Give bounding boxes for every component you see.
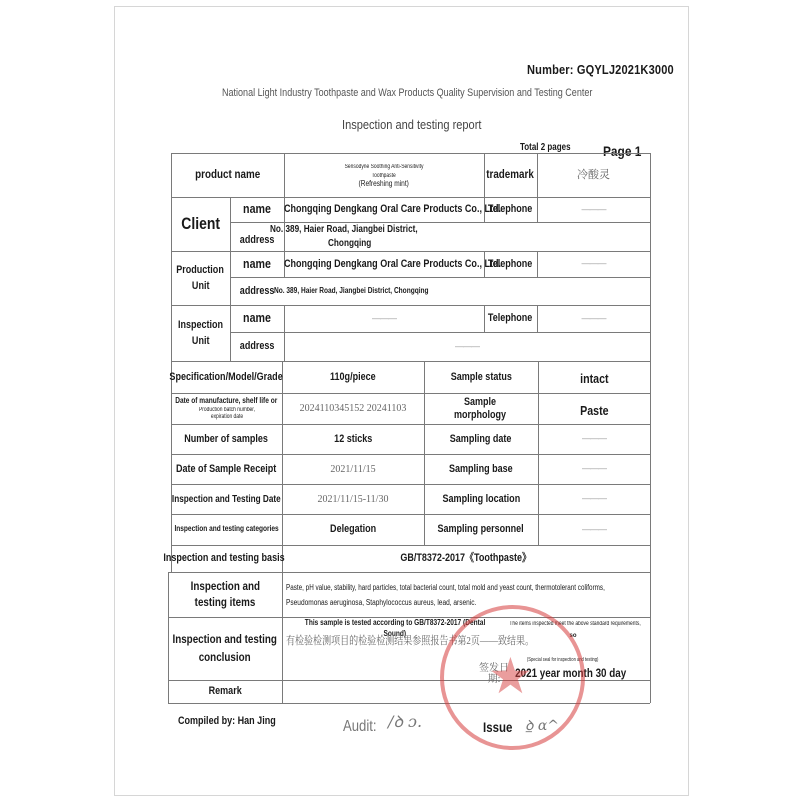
report-title: Inspection and testing report [342, 117, 481, 132]
inspection-name-value: ——— [284, 305, 484, 332]
audit-signature-icon: /ꝺ ɔ. [388, 710, 422, 732]
detail-value-sample-receipt-date: 2021/11/15 [282, 454, 424, 484]
detail-value-number-of-samples: 12 sticks [282, 424, 424, 454]
client-telephone-value: ——— [537, 197, 650, 222]
client-address-value: No. 389, Haier Road, Jiangbei District, … [270, 222, 470, 251]
inspection-telephone-label: Telephone [484, 305, 537, 332]
audit-label: Audit: [343, 716, 393, 738]
detail-value-sampling-personnel: ——— [538, 514, 650, 545]
total-pages: Total 2 pages [520, 142, 571, 153]
client-name-label: name [230, 197, 284, 222]
detail-label-testing-categories: Inspection and testing categories [171, 514, 282, 545]
detail-value-sampling-date: ——— [538, 424, 650, 454]
detail-label-specification: Specification/Model/Grade [171, 361, 282, 393]
production-name-label: name [230, 251, 284, 277]
production-unit-label: Production Unit [171, 251, 230, 305]
detail-value-sampling-location: ——— [538, 484, 650, 514]
detail-label-sampling-base: Sampling base [424, 454, 538, 484]
detail-label-sample-morphology: Sample morphology [448, 393, 512, 424]
testing-center-name: National Light Industry Toothpaste and W… [222, 87, 592, 99]
conclusion-text-right: The items inspected meet the above stand… [490, 619, 660, 629]
detail-value-sample-morphology: Paste [538, 396, 650, 427]
client-telephone-label: Telephone [484, 197, 537, 222]
detail-value-testing-date: 2021/11/15-11/30 [282, 484, 424, 514]
detail-label-testing-date: Inspection and Testing Date [171, 484, 282, 514]
remark-label: Remark [168, 680, 282, 703]
conclusion-label: Inspection and testing conclusion [168, 617, 282, 680]
detail-label-sampling-location: Sampling location [424, 484, 538, 514]
client-name-value: Chongqing Dengkang Oral Care Products Co… [284, 197, 484, 222]
detail-label-manufacture-date: Date of manufacture, shelf life or Produ… [171, 393, 282, 424]
detail-label-sampling-date: Sampling date [424, 424, 538, 454]
client-label: Client [171, 197, 230, 251]
production-name-value: Chongqing Dengkang Oral Care Products Co… [284, 251, 484, 277]
inspection-telephone-value: ——— [537, 305, 650, 332]
inspection-unit-label: Inspection Unit [171, 305, 230, 361]
production-address-value: No. 389, Haier Road, Jiangbei District, … [274, 277, 650, 305]
compiled-by: Compiled by: Han Jing [178, 713, 278, 729]
detail-label-sample-status: Sample status [424, 361, 538, 393]
production-telephone-value: ——— [537, 251, 650, 277]
report-number: Number: GQYLJ2021K3000 [527, 62, 674, 77]
testing-items-label: Inspection and testing items [168, 572, 282, 617]
detail-label-sample-receipt-date: Date of Sample Receipt [171, 454, 282, 484]
detail-value-testing-categories: Delegation [282, 514, 424, 545]
inspection-address-label: address [230, 332, 284, 361]
detail-label-sampling-personnel: Sampling personnel [424, 514, 538, 545]
remark-value [282, 680, 650, 703]
detail-label-number-of-samples: Number of samples [171, 424, 282, 454]
detail-value-batch-number: 2024110345152 20241103 [282, 393, 424, 424]
inspection-address-value: ——— [284, 332, 650, 361]
product-name-label: product name [171, 153, 284, 197]
issue-label: Issue [483, 718, 523, 738]
trademark-value: 冷酸灵 [537, 153, 650, 197]
inspection-name-label: name [230, 305, 284, 332]
production-telephone-label: Telephone [484, 251, 537, 277]
detail-value-sampling-base: ——— [538, 454, 650, 484]
issue-signature-icon: ꝺ̲ ɑ^ [525, 716, 559, 735]
testing-basis-label: Inspection and testing basis [163, 545, 285, 572]
detail-value-sample-status: intact [538, 363, 650, 395]
trademark-label: trademark [484, 153, 537, 197]
testing-basis-value: GB/T8372-2017《Toothpaste》 [282, 545, 650, 572]
testing-items-value: Paste, pH value, stability, hard particl… [286, 576, 666, 616]
conclusion-chinese-text: 有检验检测项目的检验检测结果参照报告书第2页——致结果。 [286, 634, 582, 648]
conclusion-text-line1: This sample is tested according to GB/T8… [300, 617, 490, 629]
detail-value-specification: 110g/piece [282, 361, 424, 393]
product-name-value: Sensodyne Soothing Anti-Sensitivity Toot… [284, 155, 484, 197]
